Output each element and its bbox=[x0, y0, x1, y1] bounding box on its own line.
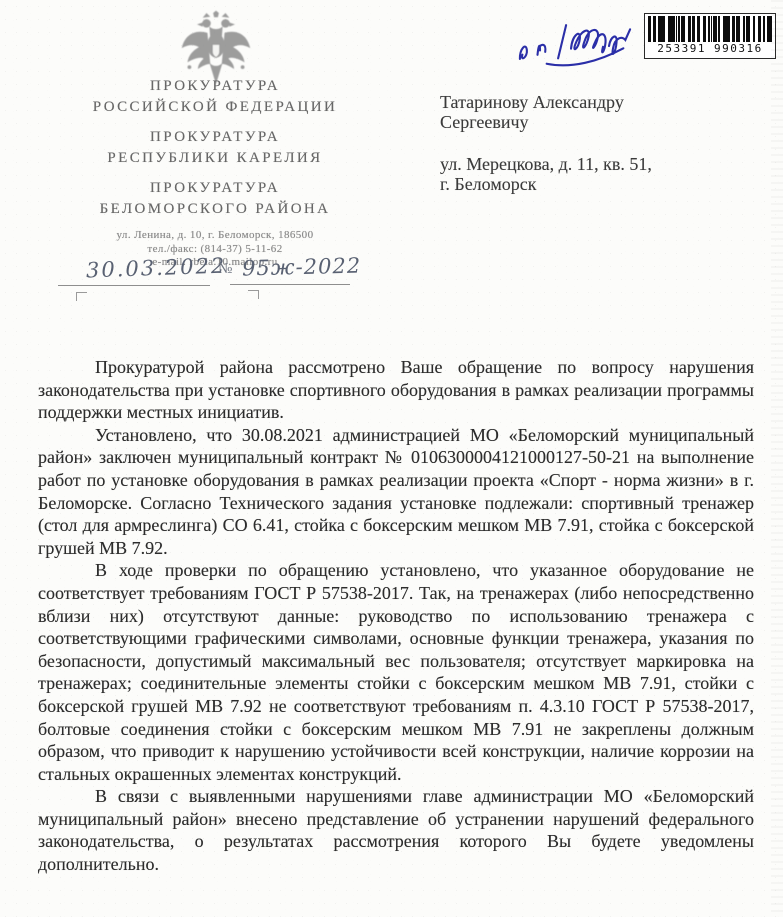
handwritten-number: 95ж-2022 bbox=[242, 253, 362, 280]
org-line: РОССИЙСКОЙ ФЕДЕРАЦИИ bbox=[52, 97, 378, 118]
paragraph: Установлено, что 30.08.2021 администраци… bbox=[38, 424, 754, 560]
org-name-republic: ПРОКУРАТУРА РЕСПУБЛИКИ КАРЕЛИЯ bbox=[52, 127, 378, 169]
recipient-address: ул. Мерецкова, д. 11, кв. 51, bbox=[440, 154, 720, 174]
recipient-block: Татаринову Александру Сергеевичу ул. Мер… bbox=[440, 92, 720, 194]
org-line: БЕЛОМОРСКОГО РАЙОНА bbox=[52, 199, 378, 220]
barcode: 253391 990316 bbox=[644, 13, 776, 59]
org-line: ПРОКУРАТУРА bbox=[52, 76, 378, 97]
paragraph: В ходе проверки по обращению установлено… bbox=[38, 559, 754, 785]
number-underline bbox=[230, 284, 350, 285]
paragraph: В связи с выявленными нарушениями главе … bbox=[38, 785, 754, 875]
number-sign: № bbox=[218, 261, 232, 278]
scanned-letter-page: ПРОКУРАТУРА РОССИЙСКОЙ ФЕДЕРАЦИИ ПРОКУРА… bbox=[0, 0, 783, 917]
barcode-number: 253391 990316 bbox=[648, 42, 772, 55]
org-name-federation: ПРОКУРАТУРА РОССИЙСКОЙ ФЕДЕРАЦИИ bbox=[52, 76, 378, 118]
corner-mark-right bbox=[248, 290, 259, 299]
org-line: ПРОКУРАТУРА bbox=[52, 127, 378, 148]
org-name-district: ПРОКУРАТУРА БЕЛОМОРСКОГО РАЙОНА bbox=[52, 178, 378, 220]
corner-mark-left bbox=[76, 292, 87, 301]
reference-line: 30.03.2022 № 95ж-2022 bbox=[58, 256, 358, 296]
date-underline bbox=[58, 285, 210, 286]
recipient-name: Татаринову Александру bbox=[440, 92, 720, 112]
org-line: ПРОКУРАТУРА bbox=[52, 178, 378, 199]
org-line: РЕСПУБЛИКИ КАРЕЛИЯ bbox=[52, 148, 378, 169]
recipient-name: Сергеевичу bbox=[440, 112, 720, 132]
org-address: ул. Ленина, д. 10, г. Беломорск, 186500 bbox=[52, 229, 378, 243]
barcode-bars-icon bbox=[648, 16, 772, 42]
paragraph: Прокуратурой района рассмотрено Ваше обр… bbox=[38, 356, 754, 424]
scan-edge-noise bbox=[771, 0, 783, 917]
letterhead: ПРОКУРАТУРА РОССИЙСКОЙ ФЕДЕРАЦИИ ПРОКУРА… bbox=[52, 76, 378, 270]
recipient-address: г. Беломорск bbox=[440, 174, 720, 194]
handwritten-date: 30.03.2022 bbox=[86, 254, 227, 283]
handwritten-note bbox=[510, 8, 642, 72]
letter-body: Прокуратурой района рассмотрено Ваше обр… bbox=[38, 356, 754, 876]
